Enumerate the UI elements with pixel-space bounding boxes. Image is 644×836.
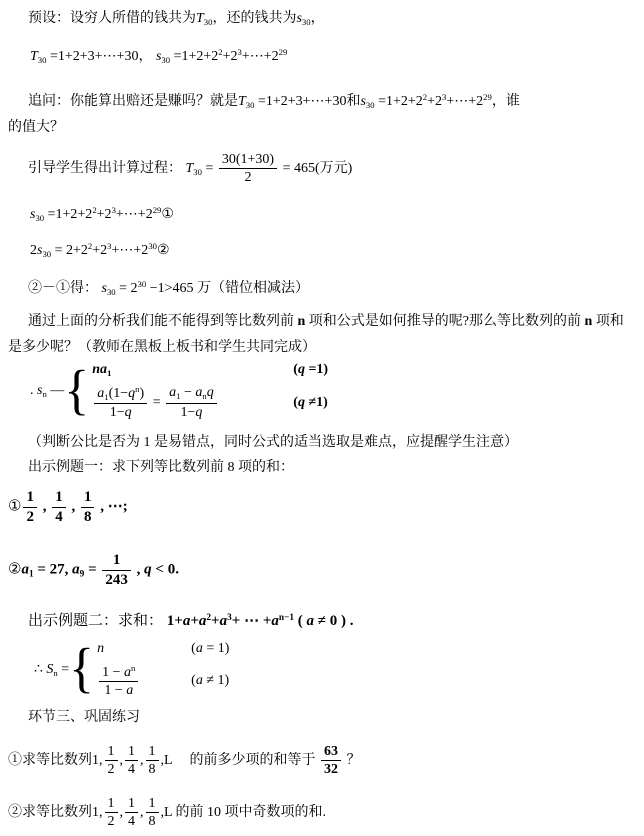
para-guide-calc: 引导学生得出计算过程： T30 = 30(1+30)2 = 465(万元) [28, 152, 352, 186]
left-brace: { [64, 367, 89, 416]
para-preset: 预设：设穷人所借的钱共为T30，还的钱共为s30， [28, 8, 325, 29]
para-practice2: ②求等比数列1,12,14,18,L 的前 10 项中奇数项的和. [8, 796, 326, 830]
left-brace: { [69, 645, 94, 694]
case-row-q-equals-1: na1 (q =1) [92, 362, 328, 378]
para-practice1: ①求等比数列1,12,14,18,L 的前多少项的和等于 6332 ？ [8, 744, 361, 778]
formula-t30-s30: T30 =1+2+3+⋯+30， s30 =1+2+22+23+⋯+229 [30, 46, 287, 67]
para-note: （判断公比是否为 1 是易错点，同时公式的适当选取是难点，应提醒学生注意） [28, 432, 518, 453]
para-zhuiwen-cont: 的值大？ [8, 117, 64, 138]
para-analysis: 通过上面的分析我们能不能得到等比数列前 n 项和公式是如何推导的呢?那么等比数列… [28, 311, 624, 332]
para-analysis-cont: 是多少呢？（教师在黑板上板书和学生共同完成） [8, 337, 316, 358]
formula-s30-eq1: s30 =1+2+22+23+⋯+229① [30, 204, 174, 225]
formula-example1-seq1: ①12 , 14 , 18 , ⋯; [8, 489, 128, 525]
para-zhuiwen: 追问：你能算出赔还是赚吗？就是T30 =1+2+3+⋯+30和s30 =1+2+… [28, 91, 520, 112]
formula-sn2-lhs: ∴ Sn = [34, 661, 69, 678]
case-row-a-not-1: 1 − an1 − a (a ≠ 1) [97, 664, 229, 699]
formula-sn-lhs: . sn — [30, 383, 64, 399]
formula-subtract-result: ②－①得： s30 = 230 −1>465 万（错位相减法） [28, 278, 309, 299]
document-page: 预设：设穷人所借的钱共为T30，还的钱共为s30， T30 =1+2+3+⋯+3… [0, 0, 644, 836]
para-example1-title: 出示例题一：求下列等比数列前 8 项的和： [28, 457, 294, 478]
formula-2s30-eq2: 2s30 = 2+22+23+⋯+230② [30, 240, 170, 261]
formula-sn-cases-2: ∴ Sn = { n (a = 1) 1 − an1 − a (a ≠ 1) [34, 641, 229, 699]
case-row-q-not-1: a1(1−qn)1−q = a1 − anq1−q (q ≠1) [92, 385, 328, 421]
para-example2-title: 出示例题二：求和： 1+a+a2+a3+ ⋯ +an−1 ( a ≠ 0 ) . [28, 610, 353, 633]
para-section3-title: 环节三、巩固练习 [28, 707, 140, 728]
formula-sn-cases: . sn — { na1 (q =1) a1(1−qn)1−q = a1 − a… [30, 362, 328, 421]
formula-example1-seq2: ②a1 = 27, a9 = 1243 , q < 0. [8, 552, 179, 588]
case-row-a-equals-1: n (a = 1) [97, 641, 229, 657]
